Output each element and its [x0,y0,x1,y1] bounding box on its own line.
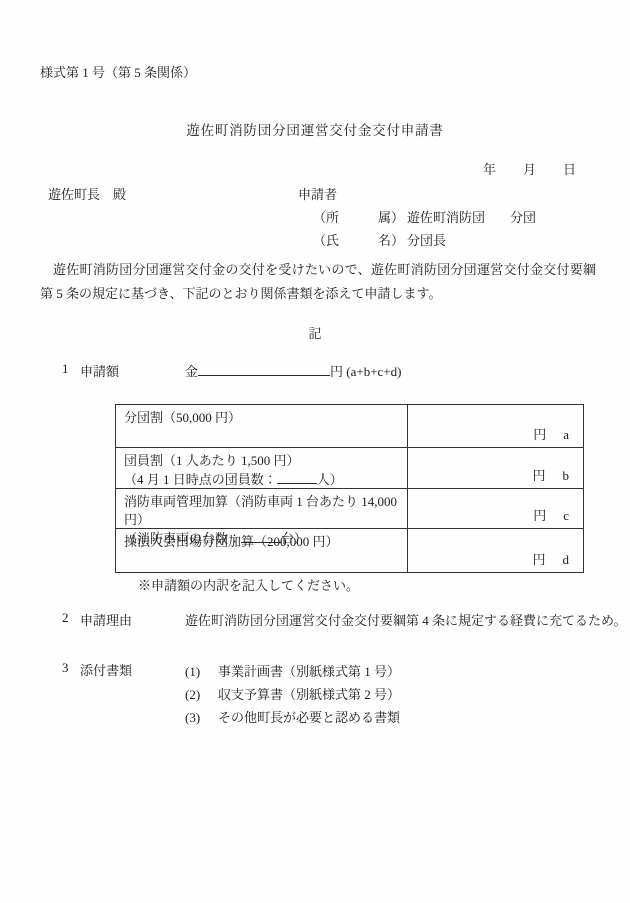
section-number: 2 [62,610,69,626]
yen-unit-label: 円 [533,505,546,524]
row-amount-cell[interactable]: 円 c [408,489,583,528]
section-application-amount: 1 申請額 金円 (a+b+c+d) [0,361,630,381]
amount-suffix: 円 (a+b+c+d) [330,364,401,379]
row-amount-cell[interactable]: 円 b [408,448,583,488]
section-number: 1 [62,361,69,377]
attachment-text: 収支予算書（別紙様式第 2 号） [218,687,400,702]
attachment-item: (1)事業計画書（別紙様式第 1 号） [185,660,400,683]
yen-unit-label: 円 [532,549,545,568]
attachment-text: その他町長が必要と認める書類 [218,710,400,725]
reason-text: 遊佐町消防団分団運営交付金交付要綱第 4 条に規定する経費に充てるため。 [185,610,626,629]
table-row-subunit-share: 分団割（50,000 円） 円 a [116,405,583,447]
yen-unit-label: 円 [533,424,546,443]
record-heading: 記 [0,323,630,342]
form-number: 様式第 1 号（第 5 条関係） [40,62,196,81]
row-amount-cell[interactable]: 円 d [408,529,583,572]
row-item-label: 団員割（1 人あたり 1,500 円） [124,452,401,470]
affiliation-value: 遊佐町消防団 [407,207,485,226]
section-attachments: 3 添付書類 (1)事業計画書（別紙様式第 1 号） (2)収支予算書（別紙様式… [0,660,630,680]
row-code: c [563,508,569,524]
yen-unit-label: 円 [532,465,545,484]
amount-prefix: 金 [185,364,198,379]
section-application-reason: 2 申請理由 遊佐町消防団分団運営交付金交付要綱第 4 条に規定する経費に充てる… [0,610,630,630]
section-label: 添付書類 [80,660,132,679]
name-value: 分団長 [407,230,446,249]
date-year-label: 年 [483,159,496,178]
row-code: a [563,427,569,443]
section-label: 申請額 [80,361,119,380]
table-row-drill-competition-addition: 操法大会出場分団加算（200,000 円） 円 d [116,528,583,572]
row-label-cell: 団員割（1 人あたり 1,500 円） （4 月 1 日時点の団員数：人） [116,448,408,488]
attachment-item: (2)収支予算書（別紙様式第 2 号） [185,683,400,706]
amount-line: 金円 (a+b+c+d) [185,361,401,380]
row-label-cell: 操法大会出場分団加算（200,000 円） [116,529,408,572]
affiliation-label: （所 属） [313,207,404,226]
document-title: 遊佐町消防団分団運営交付金交付申請書 [0,119,630,139]
affiliation-suffix: 分団 [510,207,536,226]
body-paragraph: 遊佐町消防団分団運営交付金の交付を受けたいので、遊佐町消防団分団運営交付金交付要… [40,258,596,306]
section-number: 3 [62,660,69,676]
attachment-number: (1) [185,660,218,683]
row-code: d [563,552,570,568]
applicant-heading: 申請者 [298,184,337,203]
row-item-label: 消防車両管理加算（消防車両 1 台あたり 14,000 円） [124,493,401,529]
table-note: ※申請額の内訳を記入してください。 [138,575,359,594]
table-row-vehicle-addition: 消防車両管理加算（消防車両 1 台あたり 14,000 円） （消防車両の台数：… [116,488,583,528]
date-day-label: 日 [563,159,576,178]
table-row-member-share: 団員割（1 人あたり 1,500 円） （4 月 1 日時点の団員数：人） 円 … [116,447,583,488]
attachment-item: (3)その他町長が必要と認める書類 [185,706,400,729]
subline-suffix: 人） [317,472,343,487]
row-amount-cell[interactable]: 円 a [408,405,583,447]
row-code: b [563,468,570,484]
subline-prefix: （4 月 1 日時点の団員数： [124,472,277,487]
amount-breakdown-table: 分団割（50,000 円） 円 a 団員割（1 人あたり 1,500 円） （4… [115,404,584,573]
attachment-text: 事業計画書（別紙様式第 1 号） [218,664,400,679]
row-item-subline: （4 月 1 日時点の団員数：人） [124,470,401,489]
name-label: （氏 名） [313,230,404,249]
row-item-label: 操法大会出場分団加算（200,000 円） [124,533,401,551]
member-count-blank-field[interactable] [277,470,317,484]
attachment-list: (1)事業計画書（別紙様式第 1 号） (2)収支予算書（別紙様式第 2 号） … [185,660,400,729]
addressee: 遊佐町長 殿 [48,184,126,203]
row-item-label: 分団割（50,000 円） [124,409,401,427]
attachment-number: (3) [185,706,218,729]
attachment-number: (2) [185,683,218,706]
application-form-page: 様式第 1 号（第 5 条関係） 遊佐町消防団分団運営交付金交付申請書 年 月 … [0,0,630,903]
date-month-label: 月 [523,159,536,178]
date-line: 年 月 日 [483,159,576,178]
section-label: 申請理由 [80,610,132,629]
row-label-cell: 消防車両管理加算（消防車両 1 台あたり 14,000 円） （消防車両の台数：… [116,489,408,528]
row-label-cell: 分団割（50,000 円） [116,405,408,447]
amount-blank-field[interactable] [198,362,330,376]
